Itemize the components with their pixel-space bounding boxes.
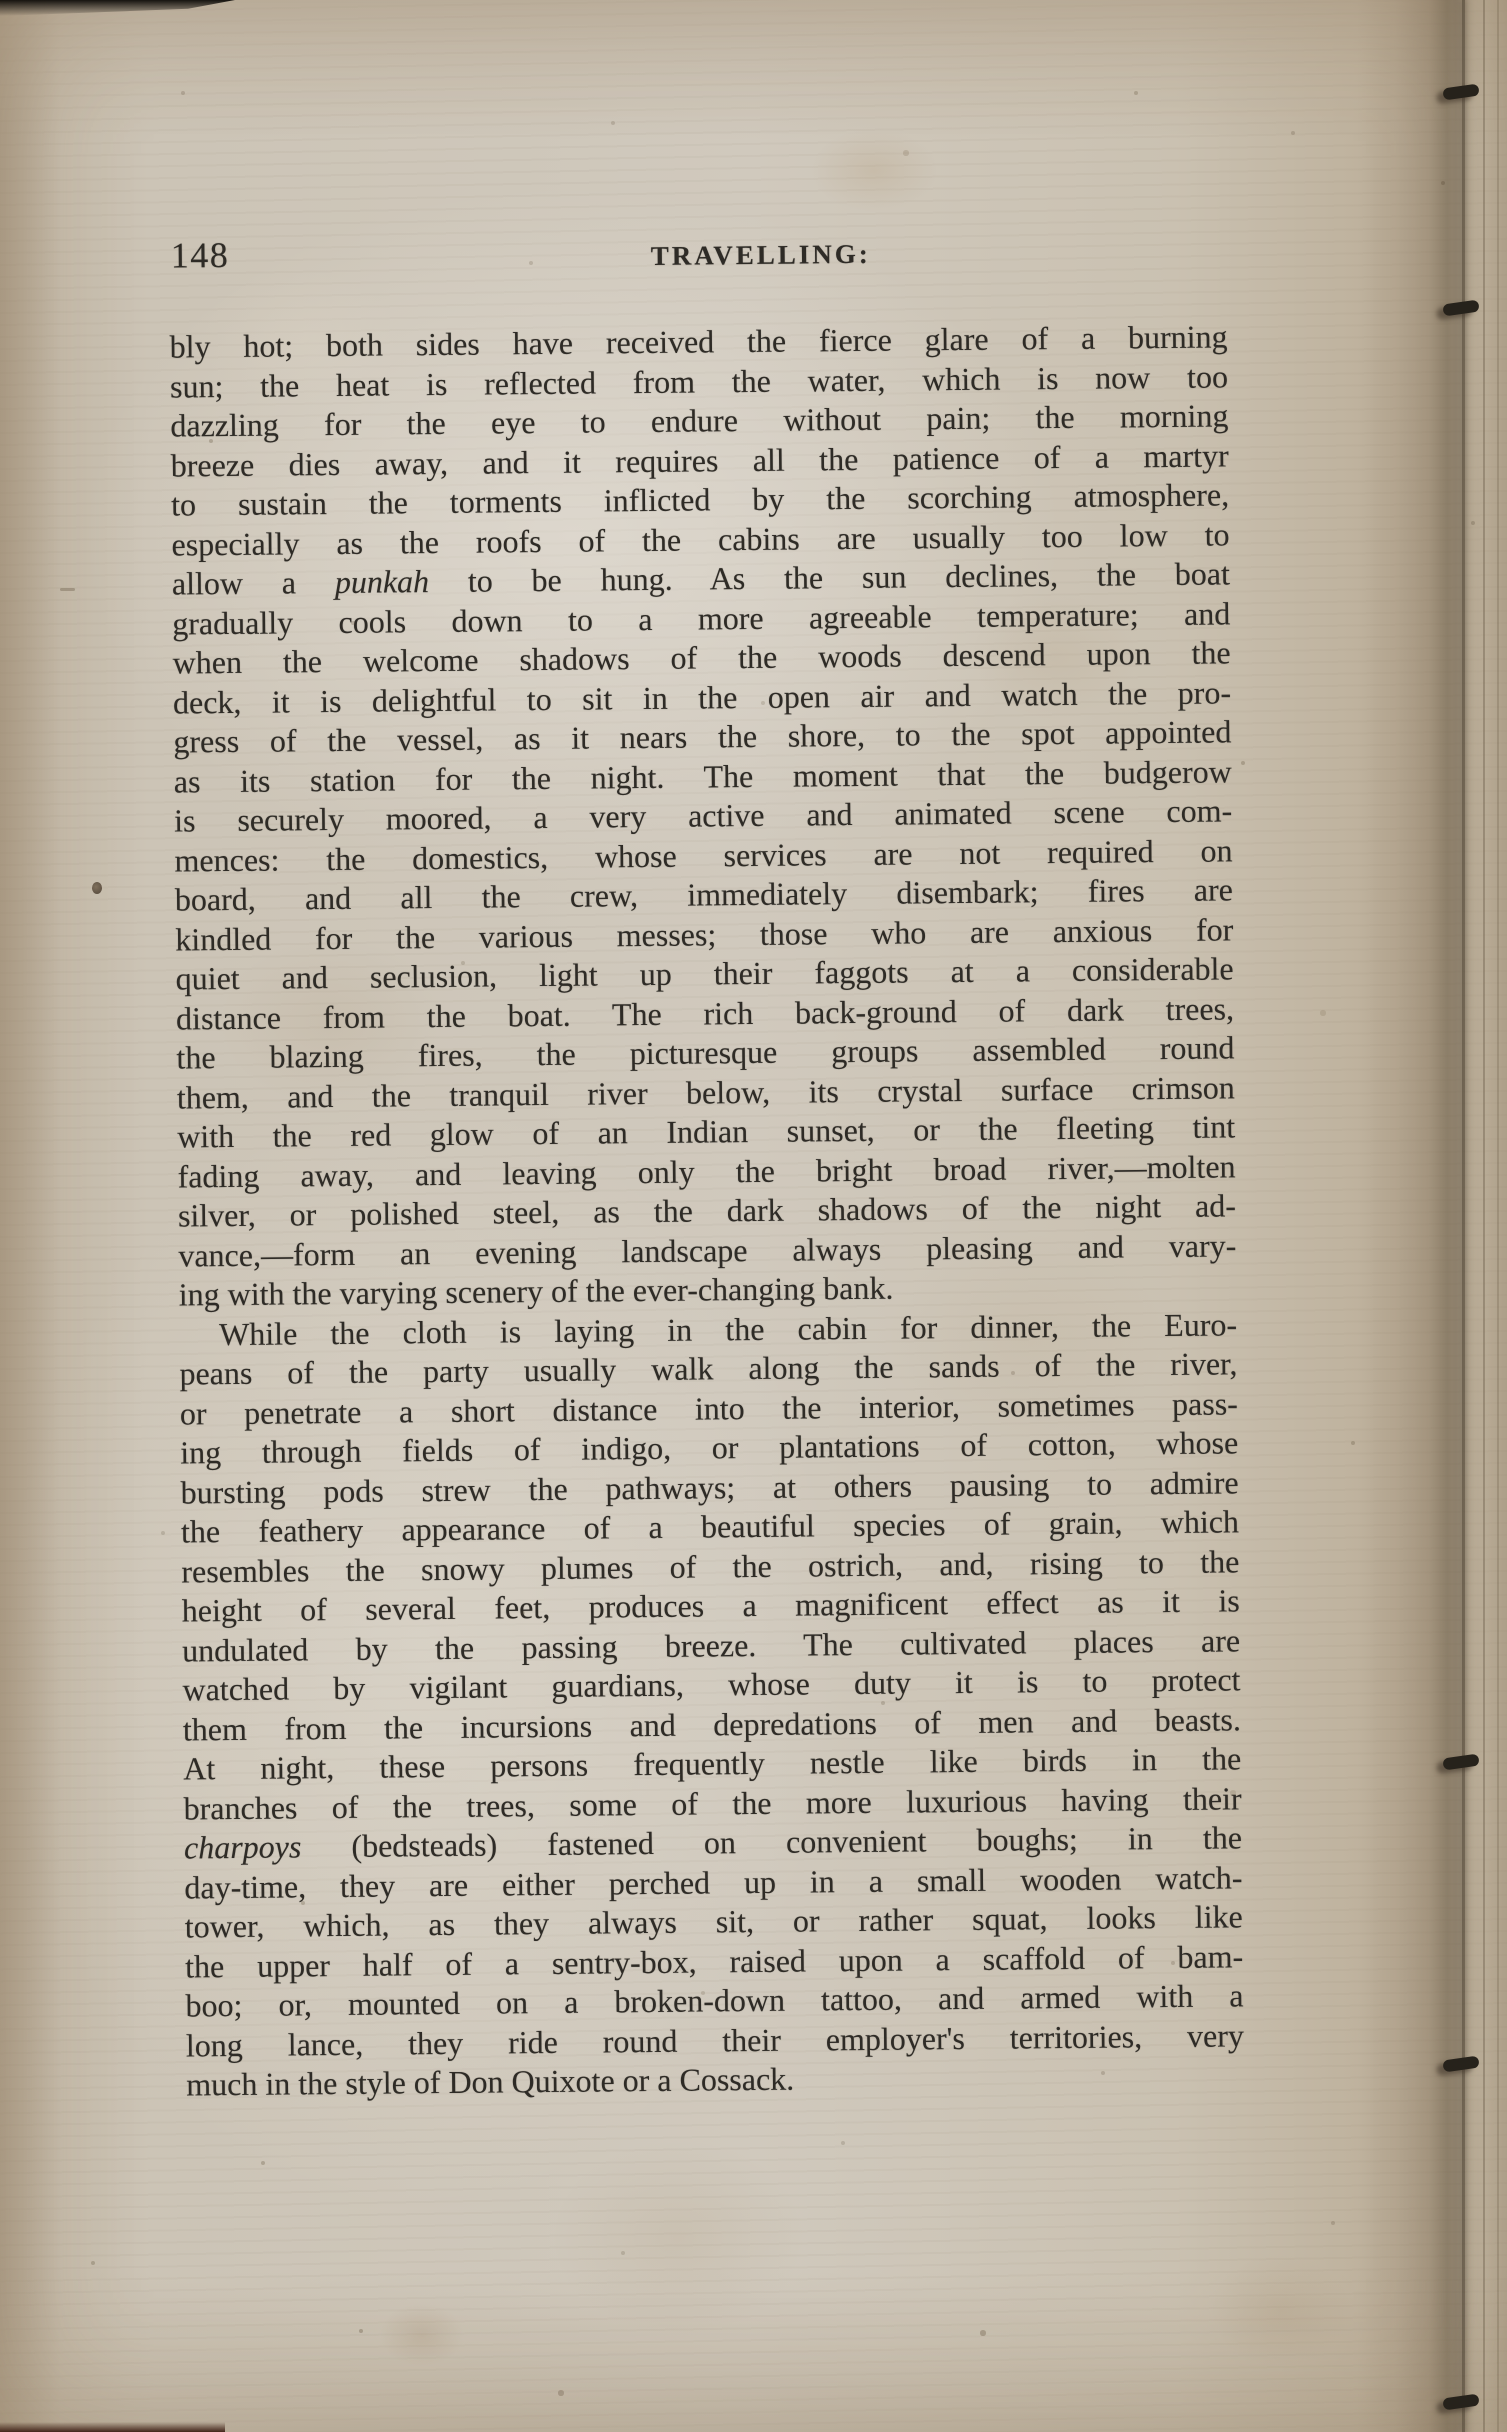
- binding-gutter: [1357, 0, 1507, 2432]
- text-segment: is securely moored, a very active and an…: [174, 792, 1232, 838]
- text-segment: (bedsteads) fastened on convenient bough…: [301, 1819, 1242, 1864]
- page-content: 148 TRAVELLING: bly hot; both sides have…: [0, 0, 1507, 2432]
- text-segment: to sustain the torments inflicted by the…: [171, 476, 1229, 522]
- text-segment: the blazing fires, the picturesque group…: [176, 1029, 1234, 1075]
- text-segment: height of several feet, produces a magni…: [182, 1582, 1240, 1628]
- text-segment: While the cloth is laying in the cabin f…: [219, 1306, 1237, 1352]
- stitch-mark: [1442, 2056, 1479, 2073]
- corner-shadow-bottom-left: [0, 2422, 225, 2432]
- text-segment: allow a: [172, 564, 335, 602]
- text-segment: tower, which, as they always sit, or rat…: [185, 1898, 1243, 1944]
- text-segment: board, and all the crew, immediately dis…: [175, 871, 1233, 917]
- stitch-mark: [1442, 2394, 1479, 2411]
- margin-ink-dash: [60, 588, 75, 591]
- text-segment: boo; or, mounted on a broken-down tattoo…: [185, 1977, 1243, 2023]
- scanned-book-page: 148 TRAVELLING: bly hot; both sides have…: [0, 0, 1507, 2432]
- running-title: TRAVELLING:: [551, 237, 971, 273]
- stitch-mark: [1442, 1754, 1479, 1771]
- italic-word: punkah: [335, 563, 430, 600]
- text-segment: ing through fields of indigo, or plantat…: [180, 1424, 1238, 1470]
- margin-ink-dot: [92, 882, 102, 894]
- page-edge-line: [1497, 0, 1499, 2432]
- text-segment: peans of the party usually walk along th…: [179, 1345, 1237, 1391]
- text-block: bly hot; both sides have received the fi…: [169, 317, 1244, 2105]
- italic-word: charpoys: [184, 1828, 302, 1865]
- stitch-mark: [1442, 300, 1479, 317]
- paragraph: bly hot; both sides have received the fi…: [169, 317, 1236, 1315]
- text-segment: watched by vigilant guardians, whose dut…: [182, 1661, 1240, 1707]
- text-segment: with the red glow of an Indian sunset, o…: [177, 1108, 1235, 1154]
- text-segment: much in the style of Don Quixote or a Co…: [186, 2061, 794, 2103]
- text-segment: gress of the vessel, as it nears the sho…: [173, 713, 1231, 759]
- text-segment: At night, these persons frequently nestl…: [183, 1740, 1241, 1786]
- text-segment: the feathery appearance of a beautiful s…: [181, 1503, 1239, 1549]
- paragraph: While the cloth is laying in the cabin f…: [179, 1305, 1245, 2105]
- text-segment: silver, or polished steel, as the dark s…: [178, 1187, 1236, 1233]
- text-segment: dazzling for the eye to endure without p…: [170, 397, 1228, 443]
- text-segment: ing with the varying scenery of the ever…: [179, 1270, 894, 1313]
- text-segment: when the welcome shadows of the woods de…: [172, 634, 1230, 680]
- text-segment: to be hung. As the sun declines, the boa…: [429, 555, 1230, 599]
- page-edge-line: [1483, 0, 1485, 2432]
- text-segment: bly hot; both sides have received the fi…: [169, 318, 1227, 364]
- stitch-mark: [1442, 84, 1479, 101]
- text-segment: quiet and seclusion, light up their fagg…: [176, 950, 1234, 996]
- page-number: 148: [171, 235, 230, 276]
